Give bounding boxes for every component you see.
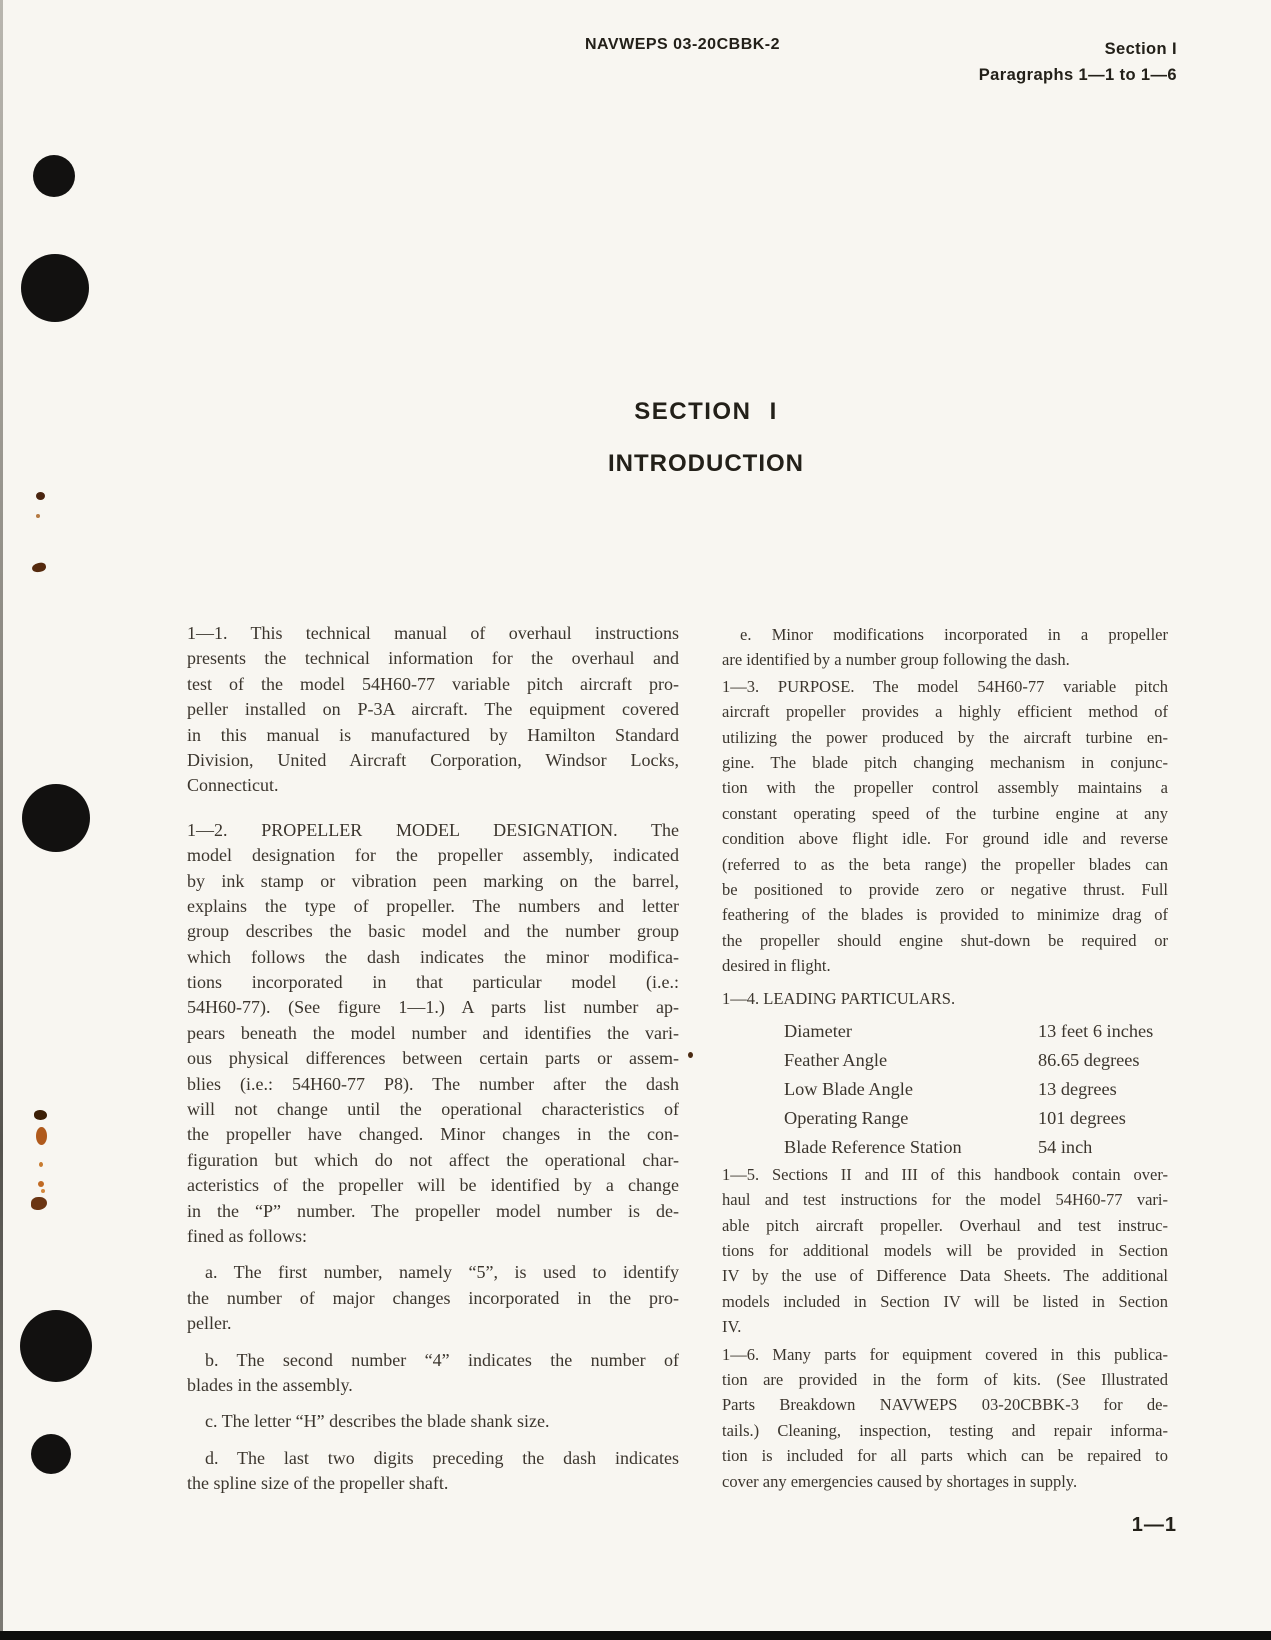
text-line: in this manual is manufactured by Hamilt… — [187, 723, 679, 748]
text-line: utilizing the power produced by the airc… — [722, 725, 1168, 750]
text-line: 1—1. This technical manual of overhaul i… — [187, 621, 679, 646]
text-line: are identified by a number group followi… — [722, 647, 1168, 672]
text-line: gine. The blade pitch changing mechanism… — [722, 750, 1168, 775]
table-row: Diameter13 feet 6 inches — [722, 1017, 1168, 1046]
text-line: tion is included for all parts which can… — [722, 1443, 1168, 1468]
text-line: IV by the use of Difference Data Sheets.… — [722, 1263, 1168, 1288]
header-section-label: Section I — [979, 36, 1177, 62]
text-line: tion with the propeller control assembly… — [722, 775, 1168, 800]
text-line: the propeller have changed. Minor change… — [187, 1122, 679, 1147]
text-line: (referred to as the beta range) the prop… — [722, 852, 1168, 877]
scanned-manual-page: NAVWEPS 03-20CBBK-2 Section I Paragraphs… — [0, 0, 1271, 1640]
paragraph: 1—3. PURPOSE. The model 54H60-77 variabl… — [722, 674, 1168, 979]
text-line: the spline size of the propeller shaft. — [187, 1471, 679, 1496]
table-row: Feather Angle86.65 degrees — [722, 1046, 1168, 1075]
table-value: 101 degrees — [1038, 1104, 1126, 1133]
table-value: 13 degrees — [1038, 1075, 1117, 1104]
left-scan-edge — [0, 0, 3, 1640]
text-line: aircraft propeller provides a highly eff… — [722, 699, 1168, 724]
text-line: the propeller should engine shut-down be… — [722, 928, 1168, 953]
text-line: Division, United Aircraft Corporation, W… — [187, 748, 679, 773]
leading-particulars-table: Diameter13 feet 6 inchesFeather Angle86.… — [722, 1017, 1168, 1162]
hole-punch-mark — [31, 1434, 71, 1474]
text-line: desired in flight. — [722, 953, 1168, 978]
text-line: constant operating speed of the turbine … — [722, 801, 1168, 826]
table-value: 86.65 degrees — [1038, 1046, 1140, 1075]
text-line: by ink stamp or vibration peen marking o… — [187, 869, 679, 894]
text-line: explains the type of propeller. The numb… — [187, 894, 679, 919]
left-column: 1—1. This technical manual of overhaul i… — [187, 621, 679, 1497]
text-line: will not change until the operational ch… — [187, 1097, 679, 1122]
header-paragraphs-range: Paragraphs 1—1 to 1—6 — [979, 62, 1177, 88]
ink-speck — [31, 1197, 47, 1210]
ink-speck — [34, 1110, 47, 1120]
table-label: Blade Reference Station — [784, 1133, 1038, 1162]
paragraph: 1—2. PROPELLER MODEL DESIGNATION. Themod… — [187, 818, 679, 1250]
text-line: 1—2. PROPELLER MODEL DESIGNATION. The — [187, 818, 679, 843]
text-line: feathering of the blades is provided to … — [722, 902, 1168, 927]
ink-speck — [41, 1189, 45, 1193]
paragraph: 1—6. Many parts for equipment covered in… — [722, 1342, 1168, 1494]
bottom-scan-edge — [0, 1631, 1271, 1640]
text-line: fined as follows: — [187, 1224, 679, 1249]
text-line: 54H60-77). (See figure 1—1.) A parts lis… — [187, 995, 679, 1020]
hole-punch-mark — [22, 784, 90, 852]
hole-punch-mark — [33, 155, 75, 197]
ink-speck — [38, 1181, 44, 1187]
text-line: the number of major changes incorporated… — [187, 1286, 679, 1311]
table-label: Feather Angle — [784, 1046, 1038, 1075]
text-line: be positioned to provide zero or negativ… — [722, 877, 1168, 902]
hole-punch-mark — [20, 1310, 92, 1382]
text-line: condition above flight idle. For ground … — [722, 826, 1168, 851]
ink-speck — [31, 562, 47, 574]
section-subtitle: INTRODUCTION — [141, 450, 1271, 478]
text-line: test of the model 54H60-77 variable pitc… — [187, 672, 679, 697]
text-line: b. The second number “4” indicates the n… — [187, 1348, 679, 1373]
text-line: d. The last two digits preceding the das… — [187, 1446, 679, 1471]
table-row: Blade Reference Station54 inch — [722, 1133, 1168, 1162]
text-line: haul and test instructions for the model… — [722, 1187, 1168, 1212]
text-line: IV. — [722, 1314, 1168, 1339]
table-value: 13 feet 6 inches — [1038, 1017, 1153, 1046]
paragraph: 1—4. LEADING PARTICULARS. — [722, 986, 1168, 1011]
text-line: able pitch aircraft propeller. Overhaul … — [722, 1213, 1168, 1238]
text-line: pears beneath the model number and ident… — [187, 1021, 679, 1046]
text-line: tion are provided in the form of kits. (… — [722, 1367, 1168, 1392]
text-line: c. The letter “H” describes the blade sh… — [187, 1409, 679, 1434]
paragraph: 1—5. Sections II and III of this handboo… — [722, 1162, 1168, 1340]
table-row: Low Blade Angle13 degrees — [722, 1075, 1168, 1104]
text-line: 1—4. LEADING PARTICULARS. — [722, 986, 1168, 1011]
text-line: model designation for the propeller asse… — [187, 843, 679, 868]
text-line: blades in the assembly. — [187, 1373, 679, 1398]
section-title-block: SECTION I INTRODUCTION — [141, 398, 1271, 478]
text-line: peller installed on P-3A aircraft. The e… — [187, 697, 679, 722]
table-label: Low Blade Angle — [784, 1075, 1038, 1104]
table-label: Operating Range — [784, 1104, 1038, 1133]
paragraph: b. The second number “4” indicates the n… — [187, 1348, 679, 1399]
page-number: 1—1 — [1132, 1514, 1177, 1537]
text-line: in the “P” number. The propeller model n… — [187, 1199, 679, 1224]
text-line: cover any emergencies caused by shortage… — [722, 1469, 1168, 1494]
ink-speck — [688, 1052, 693, 1058]
text-line: tions for additional models will be prov… — [722, 1238, 1168, 1263]
text-line: 1—5. Sections II and III of this handboo… — [722, 1162, 1168, 1187]
paragraph: c. The letter “H” describes the blade sh… — [187, 1409, 679, 1434]
hole-punch-mark — [21, 254, 89, 322]
text-line: Connecticut. — [187, 773, 679, 798]
ink-speck — [39, 1162, 43, 1167]
text-line: acteristics of the propeller will be ide… — [187, 1173, 679, 1198]
paragraph: a. The first number, namely “5”, is used… — [187, 1260, 679, 1336]
section-title: SECTION I — [141, 398, 1271, 426]
table-label: Diameter — [784, 1017, 1038, 1046]
ink-speck — [36, 492, 45, 500]
text-line: presents the technical information for t… — [187, 646, 679, 671]
text-line: which follows the dash indicates the min… — [187, 945, 679, 970]
text-line: Parts Breakdown NAVWEPS 03-20CBBK-3 for … — [722, 1392, 1168, 1417]
ink-speck — [36, 1127, 47, 1145]
text-line: figuration but which do not affect the o… — [187, 1148, 679, 1173]
text-line: tions incorporated in that particular mo… — [187, 970, 679, 995]
header-doc-number: NAVWEPS 03-20CBBK-2 — [585, 36, 780, 54]
text-line: a. The first number, namely “5”, is used… — [187, 1260, 679, 1285]
text-line: group describes the basic model and the … — [187, 919, 679, 944]
paragraph: 1—1. This technical manual of overhaul i… — [187, 621, 679, 799]
text-line: 1—6. Many parts for equipment covered in… — [722, 1342, 1168, 1367]
text-line: tails.) Cleaning, inspection, testing an… — [722, 1418, 1168, 1443]
text-line: models included in Section IV will be li… — [722, 1289, 1168, 1314]
text-line: ous physical differences between certain… — [187, 1046, 679, 1071]
text-line: 1—3. PURPOSE. The model 54H60-77 variabl… — [722, 674, 1168, 699]
paragraph: e. Minor modifications incorporated in a… — [722, 622, 1168, 673]
header-right-block: Section I Paragraphs 1—1 to 1—6 — [979, 36, 1177, 88]
right-column: e. Minor modifications incorporated in a… — [722, 622, 1168, 1494]
text-line: blies (i.e.: 54H60-77 P8). The number af… — [187, 1072, 679, 1097]
table-value: 54 inch — [1038, 1133, 1092, 1162]
text-line: peller. — [187, 1311, 679, 1336]
paragraph: d. The last two digits preceding the das… — [187, 1446, 679, 1497]
table-row: Operating Range101 degrees — [722, 1104, 1168, 1133]
text-line: e. Minor modifications incorporated in a… — [722, 622, 1168, 647]
ink-speck — [36, 514, 40, 518]
